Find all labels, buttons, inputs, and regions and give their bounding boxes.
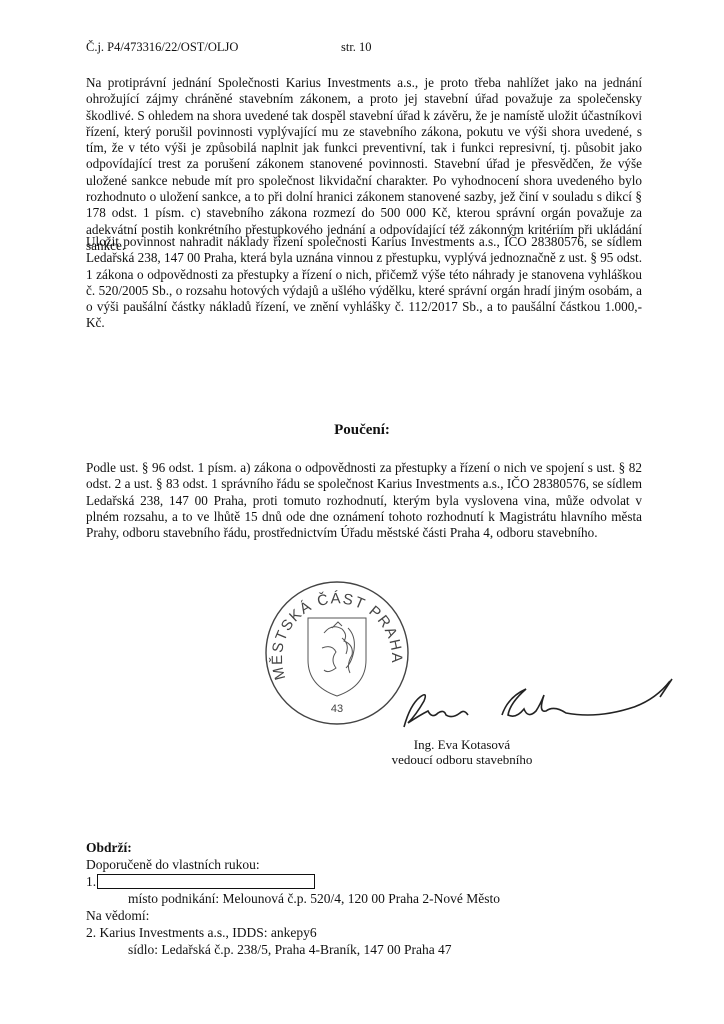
redacted-name-box bbox=[97, 874, 315, 889]
cc-label: Na vědomí: bbox=[86, 907, 500, 924]
paragraph-costs: Uložit povinnost nahradit náklady řízení… bbox=[86, 234, 642, 332]
stamp-text: MĚSTSKÁ ČÁST PRAHA 4 bbox=[262, 578, 405, 682]
recipient-1-number: 1. bbox=[86, 874, 96, 889]
recipients-title: Obdrží: bbox=[86, 839, 500, 856]
stamp-seal-icon: MĚSTSKÁ ČÁST PRAHA 4 43 bbox=[262, 578, 412, 728]
handwritten-signature bbox=[398, 675, 678, 735]
recipient-2-address: sídlo: Ledařská č.p. 238/5, Praha 4-Bran… bbox=[86, 941, 500, 958]
instruction-heading: Poučení: bbox=[0, 422, 724, 439]
page-number: str. 10 bbox=[341, 40, 372, 55]
official-stamp: MĚSTSKÁ ČÁST PRAHA 4 43 bbox=[262, 578, 412, 728]
delivery-label: Doporučeně do vlastních rukou: bbox=[86, 856, 500, 873]
instruction-text: Podle ust. § 96 odst. 1 písm. a) zákona … bbox=[86, 460, 642, 541]
paragraph-sanction-reasoning: Na protiprávní jednání Společnosti Kariu… bbox=[86, 75, 642, 254]
signature-icon bbox=[398, 675, 678, 735]
svg-text:MĚSTSKÁ ČÁST PRAHA 4: MĚSTSKÁ ČÁST PRAHA 4 bbox=[262, 578, 405, 682]
reference-number: Č.j. P4/473316/22/OST/OLJO bbox=[86, 40, 238, 55]
signer-block: Ing. Eva Kotasová vedoucí odboru stavebn… bbox=[362, 737, 562, 767]
recipients-list: Obdrží: Doporučeně do vlastních rukou: 1… bbox=[86, 839, 500, 958]
recipient-2: 2. Karius Investments a.s., IDDS: ankepy… bbox=[86, 924, 500, 941]
stamp-number: 43 bbox=[331, 703, 343, 715]
signer-name: Ing. Eva Kotasová bbox=[362, 737, 562, 752]
recipient-1-address: místo podnikání: Melounová č.p. 520/4, 1… bbox=[86, 890, 500, 907]
recipient-1: 1. bbox=[86, 873, 500, 890]
coat-of-arms-icon bbox=[308, 618, 366, 696]
signer-role: vedoucí odboru stavebního bbox=[362, 752, 562, 767]
